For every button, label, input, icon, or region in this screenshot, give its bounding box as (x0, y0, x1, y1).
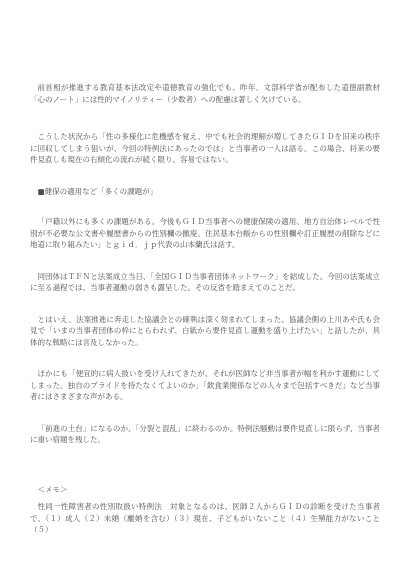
section-paragraph-3: とはいえ、法案推進に奔走した協議会との確執は深く刻まれてしまった。協議会側の上川… (30, 314, 380, 349)
section-heading: ■健保の適用など「多くの課題が」 (30, 186, 380, 198)
section-paragraph-5: 「前進の土台」になるのか、「分裂と混乱」に終わるのか。特例法騒動は要件見直しに限… (30, 423, 380, 446)
memo-body: 性同一性障害者の性別取扱い特例法 対象となるのは、医師２人からＧＩＤの診断を受け… (30, 501, 380, 536)
section-paragraph-2: 同団体はＴＦＮと法案成立当日、「全国ＧＩＤ当事者団体ネットワーク」を結成した。今… (30, 271, 380, 294)
section-paragraph-4: ほかにも「便宜的に病人扱いを受け入れてきたが、それが医師など非当事者が幅を利かす… (30, 368, 380, 403)
intro-paragraph-2: こうした状況から「性の多様化に危機感を覚え、中でも社会的理解が増してきたＧＩＤを… (30, 131, 380, 166)
section-paragraph-1: 「戸籍以外にも多くの課題がある。今後もＧＩＤ当事者への健康保険の適用、地方自治体… (30, 216, 380, 251)
article-page: 前首相が推進する教育基本法改定や道徳教育の強化でも、昨年、文部科学省が配布した道… (0, 0, 410, 580)
memo-title: ＜メモ＞ (30, 484, 380, 496)
intro-paragraph-1: 前首相が推進する教育基本法改定や道徳教育の強化でも、昨年、文部科学省が配布した道… (30, 82, 380, 105)
